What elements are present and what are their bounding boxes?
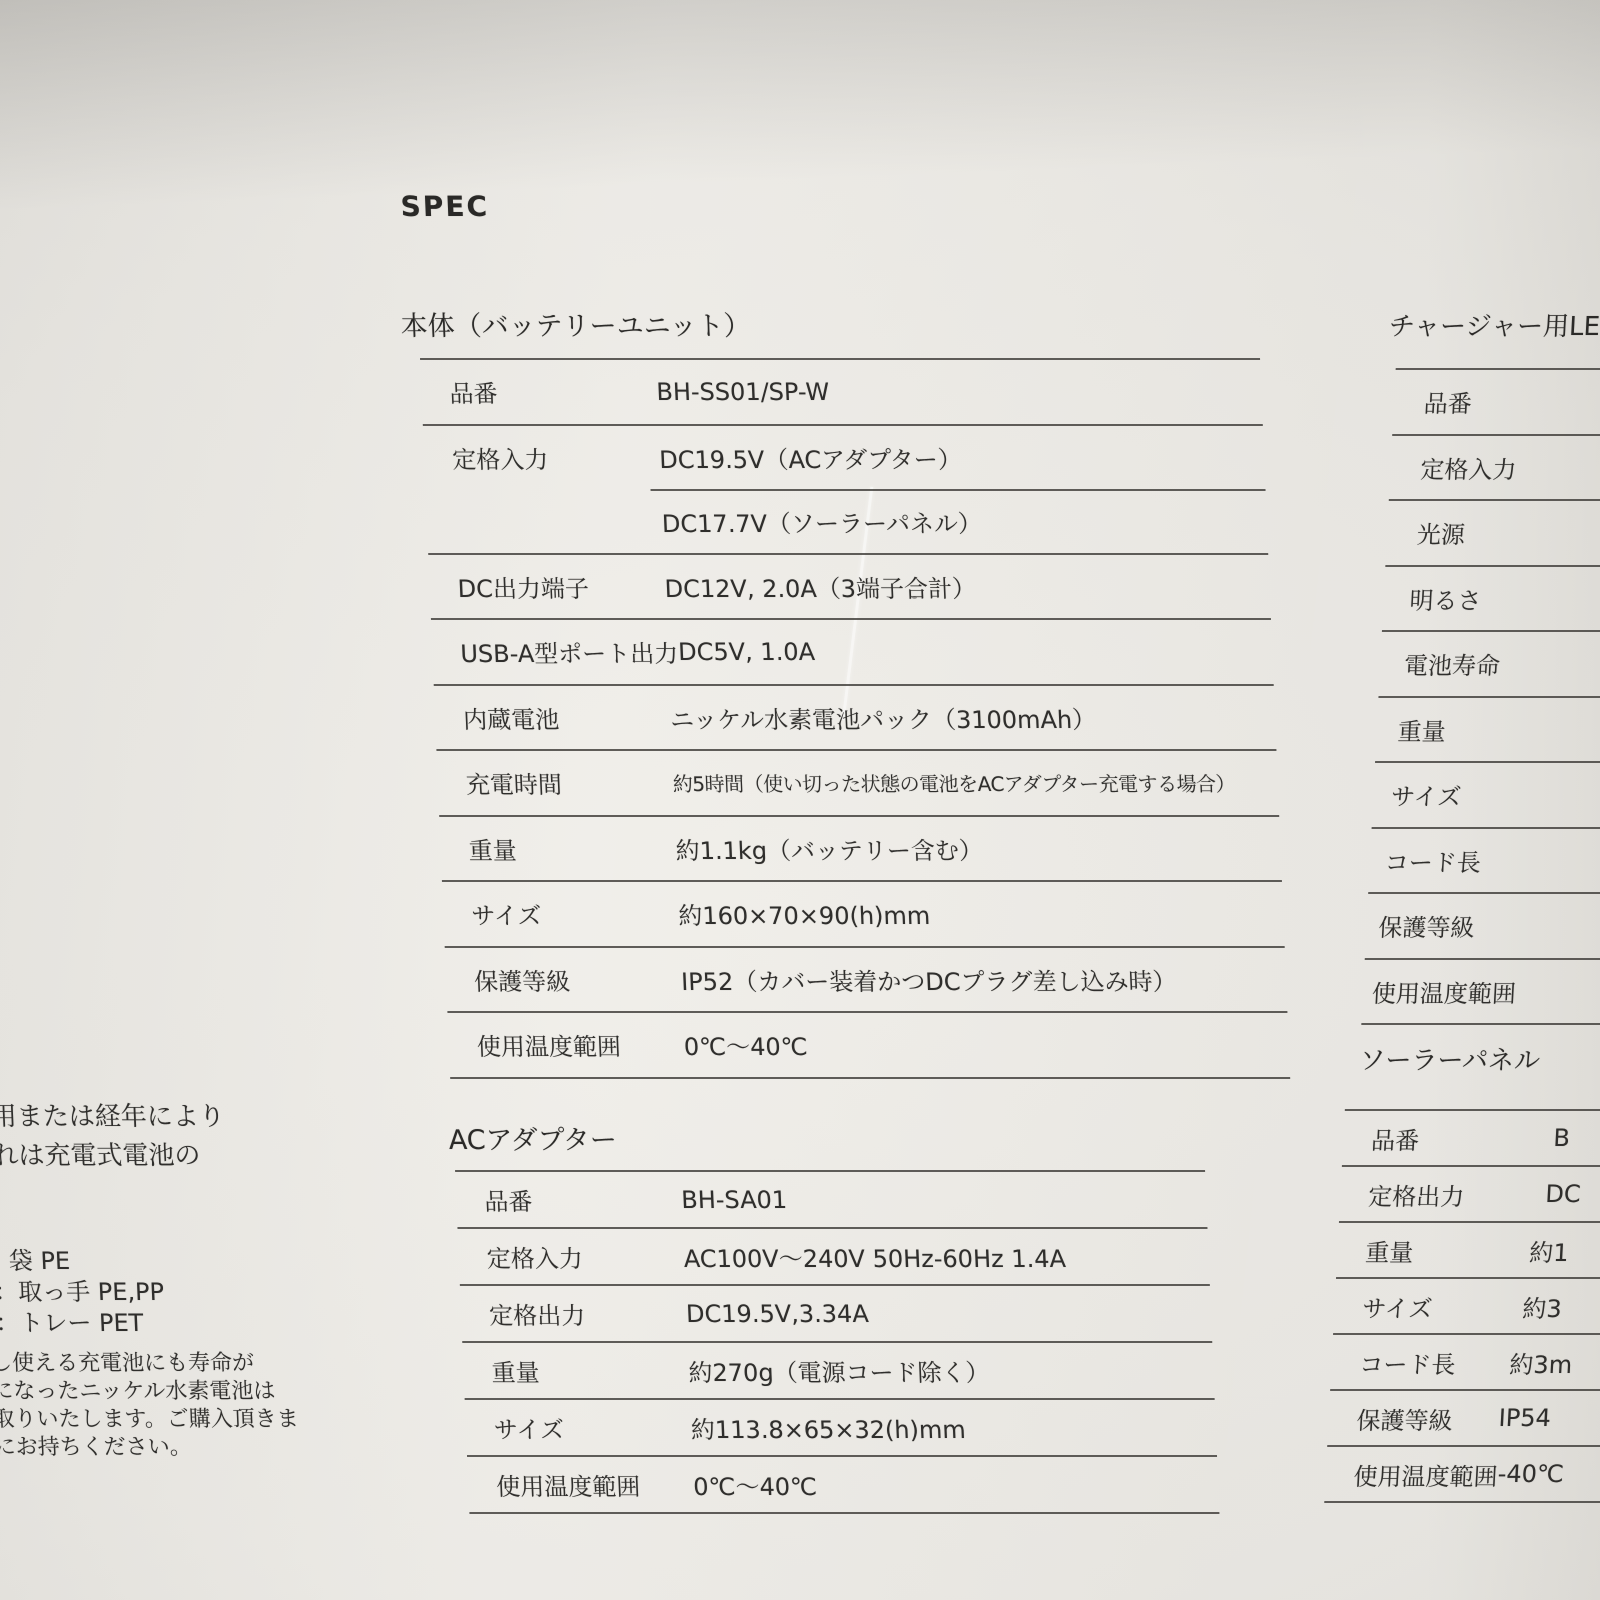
table-row: 明るさ <box>1382 565 1600 631</box>
table-row: 定格出力 DC <box>1339 1165 1600 1221</box>
table-row: サイズ 約3 <box>1333 1277 1600 1333</box>
spec-value: B <box>1502 1111 1600 1165</box>
spec-label: 品番 <box>1342 1111 1505 1165</box>
table-row: コード長 <box>1368 827 1600 893</box>
spec-label: 重量 <box>1375 698 1600 762</box>
spec-label: 保護等級 <box>1365 894 1600 958</box>
table-row: 重量 約1 <box>1336 1221 1600 1277</box>
spec-label: 電池寿命 <box>1379 632 1600 696</box>
solar-panel-heading: ソーラーパネル <box>1359 1040 1542 1077</box>
table-row: コード長 約3m <box>1330 1333 1600 1389</box>
spec-label: 保護等級 <box>1327 1391 1490 1445</box>
table-row: 品番 B <box>1342 1109 1600 1165</box>
spec-value: 約3m <box>1490 1335 1600 1389</box>
table-row: サイズ <box>1372 761 1600 827</box>
table-row: 定格入力 <box>1389 434 1600 500</box>
spec-value: 約3 <box>1493 1279 1600 1333</box>
spec-value: -40℃ <box>1496 1447 1600 1501</box>
spec-label: 重量 <box>1336 1223 1499 1277</box>
spec-label: 定格入力 <box>1389 436 1600 500</box>
spec-label: コード長 <box>1368 829 1600 893</box>
spec-label: コード長 <box>1330 1335 1493 1389</box>
table-row: 保護等級 IP54 <box>1327 1389 1600 1445</box>
table-row: 重量 <box>1375 696 1600 762</box>
solar-panel-table: 品番 B 定格出力 DC 重量 約1 サイズ 約3 コード長 約3m 保護等級 … <box>1324 1109 1600 1503</box>
charger-led-heading: チャージャー用LE <box>1388 306 1600 343</box>
spec-label: 使用温度範囲 <box>1361 960 1600 1024</box>
table-row: 品番 <box>1392 368 1600 434</box>
table-row: 電池寿命 <box>1379 630 1600 696</box>
spec-label: 明るさ <box>1382 567 1600 631</box>
spec-label: 定格出力 <box>1339 1167 1502 1221</box>
spec-value: 約1 <box>1496 1223 1600 1277</box>
spec-value: DC <box>1499 1167 1600 1221</box>
spec-label: 使用温度範囲 <box>1324 1447 1499 1501</box>
table-row: 保護等級 <box>1365 892 1600 958</box>
table-row: 使用温度範囲 -40℃ <box>1324 1445 1600 1501</box>
charger-led-table: 品番 定格入力 光源 明るさ 電池寿命 重量 サイズ コード長 <box>1361 368 1600 1025</box>
spec-label: サイズ <box>1333 1279 1496 1333</box>
spec-label: サイズ <box>1372 763 1600 827</box>
right-column: チャージャー用LE 品番 定格入力 光源 明るさ 電池寿命 重量 サイズ <box>0 0 1600 1600</box>
spec-value: IP54 <box>1487 1391 1600 1445</box>
spec-label: 品番 <box>1392 370 1600 434</box>
spec-label: 光源 <box>1385 501 1600 565</box>
table-row: 光源 <box>1385 499 1600 565</box>
table-row: 使用温度範囲 <box>1361 958 1600 1024</box>
spec-sheet-photo: SPEC 本体（バッテリーユニット） 品番 BH-SS01/SP-W 定格入力 … <box>0 0 1600 1600</box>
